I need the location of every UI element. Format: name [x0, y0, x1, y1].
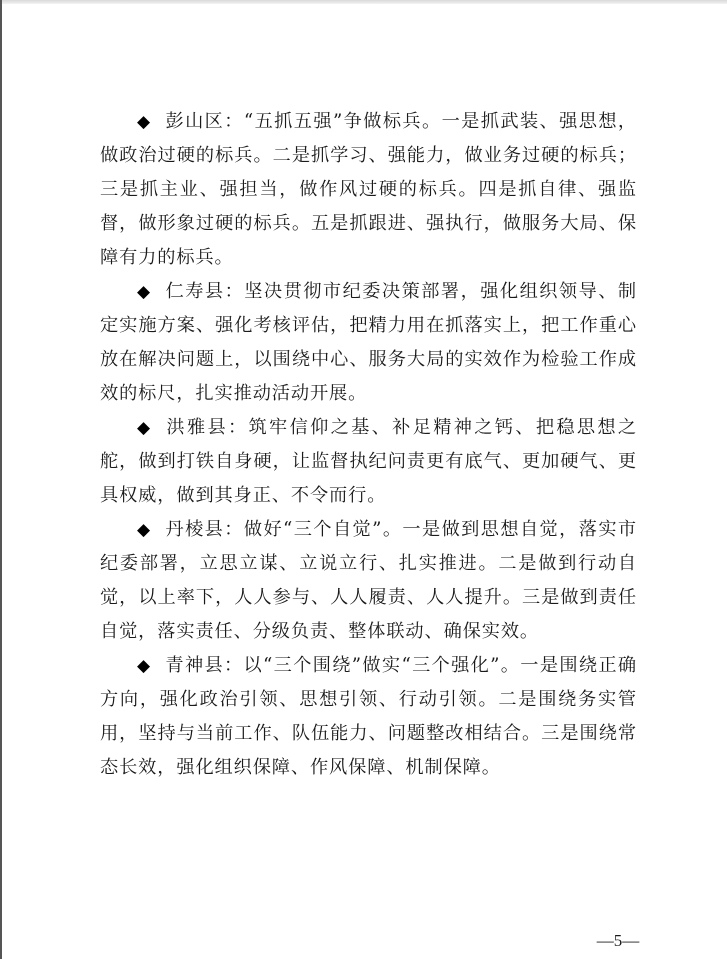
diamond-bullet-icon: ◆ — [137, 649, 165, 683]
document-body: ◆彭山区：“五抓五强”争做标兵。一是抓武装、强思想，做政治过硬的标兵。二是抓学习… — [100, 105, 637, 785]
paragraph-lead: 洪雅县： — [165, 417, 249, 438]
top-shadow-bar — [0, 0, 727, 4]
paragraph-lead: 仁寿县： — [165, 281, 244, 302]
document-viewport: ◆彭山区：“五抓五强”争做标兵。一是抓武装、强思想，做政治过硬的标兵。二是抓学习… — [0, 0, 727, 959]
paragraph-qingshen: ◆青神县：以“三个围绕”做实“三个强化”。一是围绕正确方向，强化政治引领、思想引… — [100, 649, 637, 785]
paragraph-renshou: ◆仁寿县：坚决贯彻市纪委决策部署，强化组织领导、制定实施方案、强化考核评估，把精… — [100, 275, 637, 411]
diamond-bullet-icon: ◆ — [137, 513, 165, 547]
paragraph-lead: 青神县： — [165, 655, 244, 676]
paragraph-lead: 丹棱县： — [165, 519, 244, 540]
diamond-bullet-icon: ◆ — [137, 411, 165, 445]
diamond-bullet-icon: ◆ — [137, 105, 165, 139]
paragraph-lead: 彭山区： — [165, 111, 244, 132]
paragraph-pengshan: ◆彭山区：“五抓五强”争做标兵。一是抓武装、强思想，做政治过硬的标兵。二是抓学习… — [100, 105, 637, 275]
diamond-bullet-icon: ◆ — [137, 275, 165, 309]
paragraph-hongya: ◆洪雅县：筑牢信仰之基、补足精神之钙、把稳思想之舵，做到打铁自身硬，让监督执纪问… — [100, 411, 637, 513]
paragraph-text: “五抓五强”争做标兵。一是抓武装、强思想，做政治过硬的标兵。二是抓学习、强能力，… — [100, 111, 637, 268]
paragraph-danling: ◆丹棱县：做好“三个自觉”。一是做到思想自觉，落实市纪委部署，立思立谋、立说立行… — [100, 513, 637, 649]
page-number: —5— — [596, 930, 640, 952]
left-page-border — [0, 0, 2, 959]
